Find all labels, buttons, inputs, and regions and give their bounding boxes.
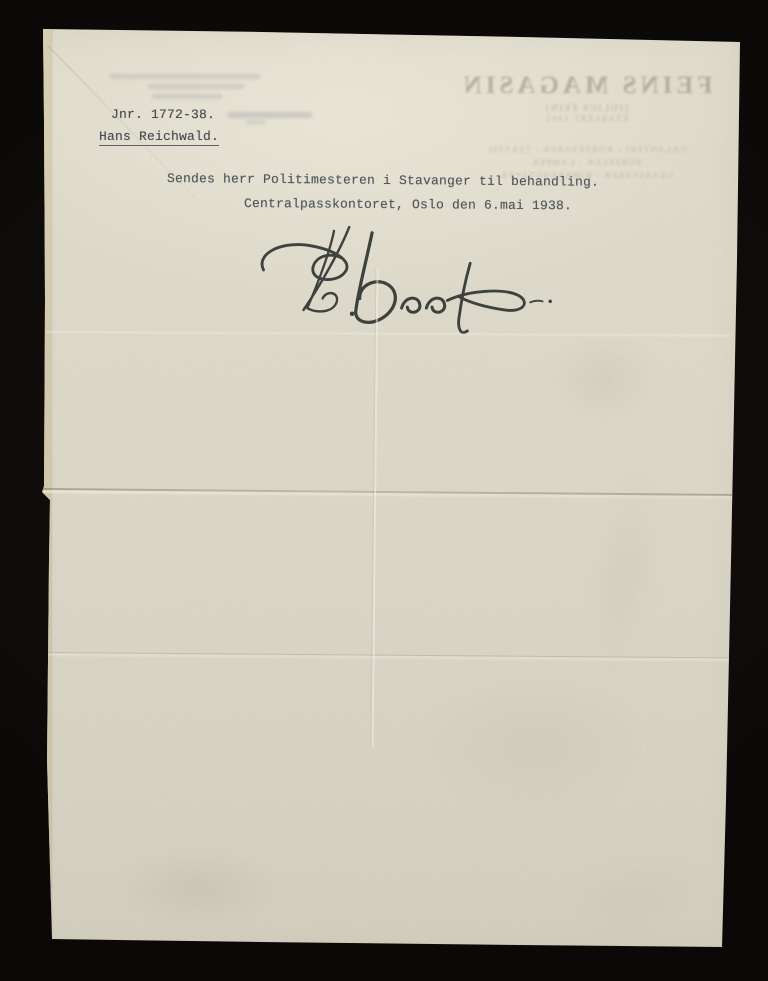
- photo-background: FEINS MAGASIN (JULIUS FEIN) ETABLERT 190…: [0, 0, 768, 981]
- paper-grain-texture: [0, 0, 768, 981]
